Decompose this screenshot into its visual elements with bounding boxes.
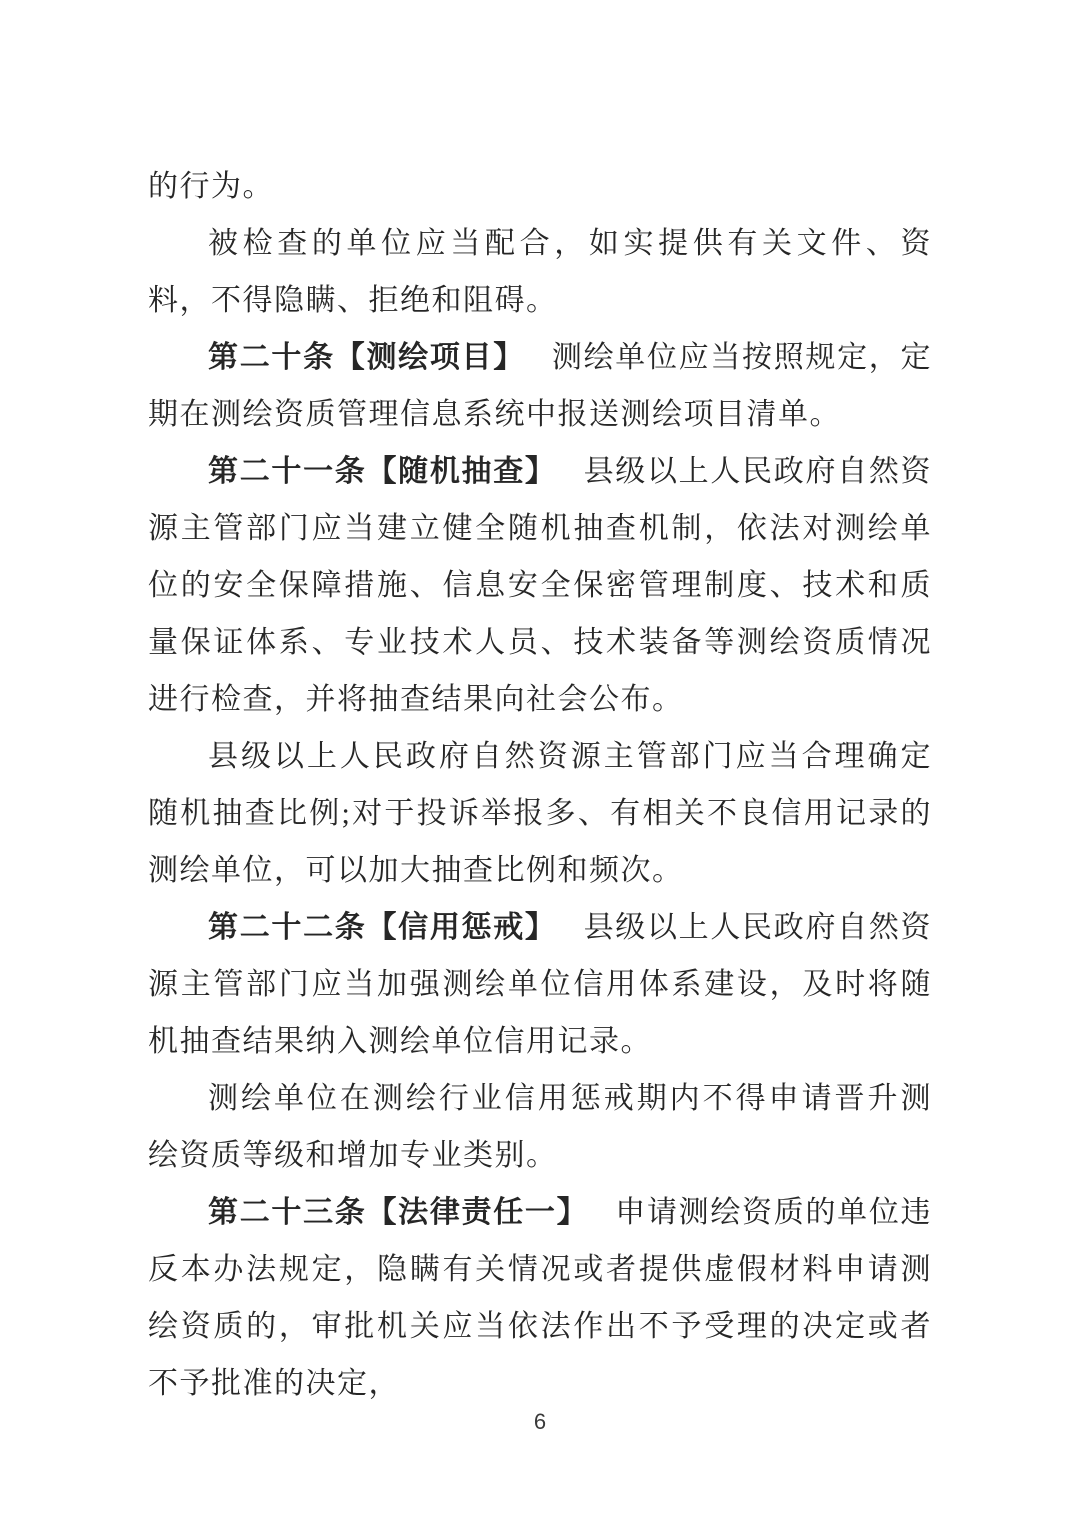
article-heading: 第二十三条【法律责任一】	[208, 1196, 588, 1229]
paragraph: 第二十条【测绘项目】测绘单位应当按照规定，定期在测绘资质管理信息系统中报送测绘项…	[148, 329, 932, 443]
paragraph-text: 县级以上人民政府自然资源主管部门应当建立健全随机抽查机制，依法对测绘单位的安全保…	[148, 455, 932, 716]
document-page: 的行为。被检查的单位应当配合，如实提供有关文件、资料，不得隐瞒、拒绝和阻碍。第二…	[0, 0, 1080, 1527]
paragraph: 第二十三条【法律责任一】申请测绘资质的单位违反本办法规定，隐瞒有关情况或者提供虚…	[148, 1184, 932, 1412]
document-body: 的行为。被检查的单位应当配合，如实提供有关文件、资料，不得隐瞒、拒绝和阻碍。第二…	[148, 158, 932, 1412]
paragraph-text: 的行为。	[148, 170, 274, 203]
paragraph-text: 测绘单位在测绘行业信用惩戒期内不得申请晋升测绘资质等级和增加专业类别。	[148, 1082, 932, 1172]
paragraph: 被检查的单位应当配合，如实提供有关文件、资料，不得隐瞒、拒绝和阻碍。	[148, 215, 932, 329]
page-number: 6	[0, 1408, 1080, 1436]
article-heading: 第二十条【测绘项目】	[208, 341, 525, 374]
paragraph-text: 被检查的单位应当配合，如实提供有关文件、资料，不得隐瞒、拒绝和阻碍。	[148, 227, 932, 317]
paragraph: 的行为。	[148, 158, 932, 215]
paragraph: 测绘单位在测绘行业信用惩戒期内不得申请晋升测绘资质等级和增加专业类别。	[148, 1070, 932, 1184]
paragraph-text: 县级以上人民政府自然资源主管部门应当合理确定随机抽查比例;对于投诉举报多、有相关…	[148, 740, 932, 887]
article-heading: 第二十二条【信用惩戒】	[208, 911, 557, 944]
paragraph: 县级以上人民政府自然资源主管部门应当合理确定随机抽查比例;对于投诉举报多、有相关…	[148, 728, 932, 899]
paragraph: 第二十二条【信用惩戒】县级以上人民政府自然资源主管部门应当加强测绘单位信用体系建…	[148, 899, 932, 1070]
paragraph: 第二十一条【随机抽查】县级以上人民政府自然资源主管部门应当建立健全随机抽查机制，…	[148, 443, 932, 728]
article-heading: 第二十一条【随机抽查】	[208, 455, 557, 488]
